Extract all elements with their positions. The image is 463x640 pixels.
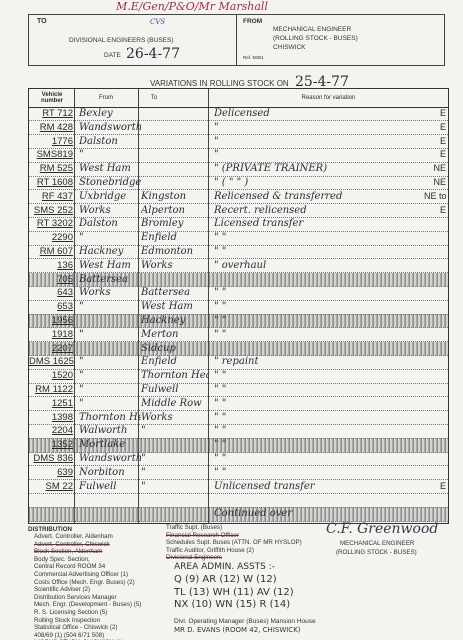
licence-code: [424, 300, 446, 313]
from-garage: West Ham: [79, 259, 141, 272]
licence-code: E: [424, 121, 446, 134]
to-garage: [141, 121, 209, 134]
from-line2: (ROLLING STOCK - BUSES): [273, 35, 358, 42]
reason-for-variation: " ": [214, 397, 424, 410]
licence-code: [424, 438, 446, 451]
licence-code: E: [424, 480, 446, 493]
reason-for-variation: " ": [214, 231, 424, 244]
table-row: 1398Thornton HeathWorks" ": [29, 411, 448, 425]
table-row: 1352Mortlake" ": [29, 438, 448, 452]
from-garage: ": [79, 148, 141, 161]
distribution-entry: Schedules Supt. Buses (ATTN. OF MR HYSLO…: [166, 539, 346, 547]
from-garage: ": [79, 231, 141, 244]
vehicle-number: 1956: [29, 314, 75, 327]
distribution-entry: Central Record ROOM 34: [34, 563, 164, 571]
table-row: 1251"Middle Row" ": [29, 397, 448, 411]
to-garage: Middle Row: [141, 397, 209, 410]
vehicle-number: SM 22: [29, 480, 75, 493]
vehicle-number: 653: [29, 300, 75, 313]
table-row: 643WorksBattersea" ": [29, 286, 448, 300]
distribution-entry: Advert. Controller, Chiswick: [34, 541, 164, 549]
vehicle-number: DMS 836: [29, 452, 75, 465]
table-row: 2207Sidcup: [29, 342, 448, 356]
reason-for-variation: " repaint: [214, 355, 424, 368]
licence-code: [424, 397, 446, 410]
distribution-entry: Financial Research Officer: [166, 532, 346, 540]
licence-code: [424, 231, 446, 244]
table-row: 2204Walworth"" ": [29, 424, 448, 438]
vehicle-number: 2204: [29, 424, 75, 437]
reason-for-variation: Recert. relicensed: [214, 204, 424, 217]
vehicle-number: 2290: [29, 231, 75, 244]
from-garage: Wandsworth: [79, 452, 141, 465]
table-row: RM 1122"Fulwell" ": [29, 383, 448, 397]
licence-code: E: [424, 148, 446, 161]
table-row: RM 525West Ham" (PRIVATE TRAINER)NE: [29, 162, 448, 176]
distribution-list-left: Advert. Controller, AldenhamAdvert. Cont…: [34, 533, 164, 640]
from-garage: West Ham: [79, 162, 141, 175]
vehicle-number: 136: [29, 259, 75, 272]
from-garage: Fulwell: [79, 480, 141, 493]
vehicle-number: RT 3202: [29, 217, 75, 230]
table-row: RM 428Wandsworth"E: [29, 121, 448, 135]
licence-code: [424, 286, 446, 299]
to-garage: Hackney: [141, 314, 209, 327]
vehicle-number: 1398: [29, 411, 75, 424]
footer-line-2: MR D. EVANS (ROOM 42, CHISWICK): [174, 627, 301, 635]
licence-code: [424, 507, 446, 520]
distribution-entry: Scientific Adviser (2): [34, 586, 164, 594]
to-garage: Works: [141, 259, 209, 272]
from-garage: ": [79, 328, 141, 341]
header-reason: Reason for variation: [209, 95, 448, 101]
distribution-entry: Rolling Stock Inspection: [34, 617, 164, 625]
licence-code: [424, 273, 446, 286]
reason-for-variation: " ": [214, 314, 424, 327]
distribution-entry: R. S. Licensing Section (5): [34, 609, 164, 617]
distribution-entry: Commercial Advertising Officer (1): [34, 571, 164, 579]
vehicle-number: RM 428: [29, 121, 75, 134]
area-admin-heading: AREA ADMIN. ASSTS :-: [174, 562, 275, 572]
signature-title-2: (ROLLING STOCK - BUSES): [336, 549, 417, 556]
from-garage: Works: [79, 286, 141, 299]
from-garage: Uxbridge: [79, 190, 141, 203]
reason-for-variation: " ": [214, 383, 424, 396]
reason-for-variation: " ( " " ): [214, 176, 424, 189]
licence-code: [424, 493, 446, 506]
from-garage: ": [79, 383, 141, 396]
from-garage: ": [79, 300, 141, 313]
distribution-list-right: Traffic Supt. (Buses)Financial Research …: [166, 524, 346, 562]
to-garage: Merton: [141, 328, 209, 341]
licence-code: NE: [424, 162, 446, 175]
vehicle-number: RM 607: [29, 245, 75, 258]
area-admin-line: NX (10) WN (15) R (14): [174, 599, 294, 612]
to-garage: Alperton: [141, 204, 209, 217]
to-garage: [141, 493, 209, 506]
reason-for-variation: Continued over: [214, 507, 424, 520]
from-garage: Stonebridge: [79, 176, 141, 189]
vehicle-number: 1352: [29, 438, 75, 451]
from-garage: Mortlake: [79, 438, 141, 451]
header-to: To: [139, 95, 169, 101]
vehicle-number: 643: [29, 286, 75, 299]
licence-code: E: [424, 135, 446, 148]
variations-table: Vehicle number From To Reason for variat…: [28, 88, 449, 524]
to-garage: Enfield: [141, 231, 209, 244]
table-row: 705Battersea: [29, 273, 448, 287]
licence-code: [424, 452, 446, 465]
table-row: SMS819""E: [29, 148, 448, 162]
to-garage: [141, 135, 209, 148]
reason-for-variation: " ": [214, 369, 424, 382]
licence-code: NE to E: [424, 190, 446, 203]
to-garage: Kingston: [141, 190, 209, 203]
vehicle-number: RT 712: [29, 107, 75, 120]
licence-code: [424, 466, 446, 479]
signature-title-1: MECHANICAL ENGINEER: [340, 540, 414, 547]
from-garage: ": [79, 397, 141, 410]
vehicle-number: 2207: [29, 342, 75, 355]
reason-for-variation: " ": [214, 411, 424, 424]
to-garage: West Ham: [141, 300, 209, 313]
table-row: SM 22Fulwell"Unlicensed transferE: [29, 480, 448, 494]
table-row: RT 1608Stonebridge" ( " " )NE: [29, 176, 448, 190]
to-garage: ": [141, 466, 209, 479]
licence-code: E: [424, 204, 446, 217]
from-garage: Battersea: [79, 273, 141, 286]
header-vehicle: Vehicle number: [31, 92, 73, 104]
table-header: Vehicle number From To Reason for variat…: [29, 89, 448, 108]
reason-for-variation: [214, 342, 424, 355]
table-row: RT 712BexleyDelicensedE: [29, 107, 448, 121]
distribution-entry: Divisional Engineers: [166, 554, 346, 562]
from-garage: [79, 507, 141, 520]
reason-for-variation: " ": [214, 245, 424, 258]
from-garage: Walworth: [79, 424, 141, 437]
reason-for-variation: " ": [214, 286, 424, 299]
licence-code: [424, 424, 446, 437]
licence-code: [424, 369, 446, 382]
licence-code: [424, 355, 446, 368]
reason-for-variation: " ": [214, 466, 424, 479]
reason-for-variation: ": [214, 135, 424, 148]
date-label: DATE: [104, 52, 121, 59]
vehicle-number: SMS 252: [29, 204, 75, 217]
reason-for-variation: " (PRIVATE TRAINER): [214, 162, 424, 175]
reason-for-variation: Relicensed & transferred: [214, 190, 424, 203]
reason-for-variation: Delicensed: [214, 107, 424, 120]
licence-code: [424, 259, 446, 272]
to-garage: Sidcup: [141, 342, 209, 355]
reason-for-variation: ": [214, 148, 424, 161]
table-row: RT 3202DalstonBromleyLicensed transfer: [29, 217, 448, 231]
to-garage: ": [141, 480, 209, 493]
area-admin-line: Q (9) AR (12) W (12): [174, 574, 294, 587]
recipient: DIVISIONAL ENGINEERS (BUSES): [69, 37, 174, 44]
to-garage: Thornton Heath: [141, 369, 209, 382]
vehicle-number: RM 525: [29, 162, 75, 175]
vehicle-number: [29, 493, 75, 506]
distribution-entry: Traffic Supt. (Buses): [166, 524, 346, 532]
to-label: TO: [37, 18, 47, 25]
reference-number: Ref. 508/1: [243, 55, 264, 60]
from-line3: CHISWICK: [273, 44, 306, 51]
to-garage: Bromley: [141, 217, 209, 230]
reason-for-variation: " ": [214, 328, 424, 341]
vehicle-number: RT 1608: [29, 176, 75, 189]
licence-code: [424, 314, 446, 327]
reason-for-variation: Licensed transfer: [214, 217, 424, 230]
from-garage: [79, 314, 141, 327]
licence-code: [424, 411, 446, 424]
reason-for-variation: ": [214, 121, 424, 134]
to-garage: [141, 162, 209, 175]
licence-code: [424, 328, 446, 341]
from-garage: [79, 493, 141, 506]
table-row: Continued over: [29, 507, 448, 521]
from-garage: ": [79, 369, 141, 382]
to-garage: Enfield: [141, 355, 209, 368]
vehicle-number: [29, 507, 75, 520]
signature: C.F. Greenwood: [326, 521, 438, 537]
reason-for-variation: " overhaul: [214, 259, 424, 272]
licence-code: [424, 383, 446, 396]
table-row: 1956Hackney" ": [29, 314, 448, 328]
to-garage: Works: [141, 411, 209, 424]
distribution-entry: Advert. Controller, Aldenham: [34, 533, 164, 541]
vehicle-number: 639: [29, 466, 75, 479]
to-garage: [141, 107, 209, 120]
to-garage: [141, 507, 209, 520]
licence-code: [424, 342, 446, 355]
distribution-entry: Costs Office (Mech. Engr. Buses) (2): [34, 579, 164, 587]
table-row: SMS 252WorksAlpertonRecert. relicensedE: [29, 204, 448, 218]
from-label: FROM: [243, 18, 262, 25]
table-row: 2290"Enfield" ": [29, 231, 448, 245]
vehicle-number: 1776: [29, 135, 75, 148]
to-garage: Battersea: [141, 286, 209, 299]
table-row: DMS 1625"Enfield" repaint: [29, 355, 448, 369]
header-from: From: [75, 95, 137, 101]
from-box: FROM MECHANICAL ENGINEER (ROLLING STOCK …: [236, 14, 445, 66]
distribution-entry: Block Section, Aldenham: [34, 548, 164, 556]
reason-for-variation: " ": [214, 452, 424, 465]
distribution-entry: Body Spec. Section,: [34, 556, 164, 564]
from-garage: Bexley: [79, 107, 141, 120]
table-row: RF 437UxbridgeKingstonRelicensed & trans…: [29, 190, 448, 204]
vehicle-number: 705: [29, 273, 75, 286]
to-garage: ": [141, 452, 209, 465]
to-garage: [141, 148, 209, 161]
reason-for-variation: [214, 493, 424, 506]
licence-code: E: [424, 107, 446, 120]
table-row: RM 607HackneyEdmonton" ": [29, 245, 448, 259]
to-garage: [141, 176, 209, 189]
from-garage: Works: [79, 204, 141, 217]
to-garage: [141, 273, 209, 286]
vehicle-number: DMS 1625: [29, 355, 75, 368]
distribution-entry: Traffic Auditor, Griffith House (2): [166, 547, 346, 555]
vehicle-number: RF 437: [29, 190, 75, 203]
reason-for-variation: " ": [214, 424, 424, 437]
vehicle-number: RM 1122: [29, 383, 75, 396]
table-row: 1776Dalston"E: [29, 135, 448, 149]
from-garage: Wandsworth: [79, 121, 141, 134]
from-garage: Hackney: [79, 245, 141, 258]
table-row: 639Norbiton"" ": [29, 466, 448, 480]
from-garage: Dalston: [79, 135, 141, 148]
vehicle-number: 1520: [29, 369, 75, 382]
reason-for-variation: " ": [214, 438, 424, 451]
to-garage: Edmonton: [141, 245, 209, 258]
reason-for-variation: [214, 273, 424, 286]
date-value: 26-4-77: [126, 46, 180, 62]
footer-line-1: Divl. Operating Manager (Buses) Mansion …: [174, 618, 316, 626]
distribution-entry: Distribution Services Manager: [34, 594, 164, 602]
table-row: 1918"Merton" ": [29, 328, 448, 342]
reason-for-variation: " ": [214, 300, 424, 313]
from-garage: ": [79, 355, 141, 368]
from-garage: Dalston: [79, 217, 141, 230]
to-garage: ": [141, 424, 209, 437]
from-garage: [79, 342, 141, 355]
table-row: DMS 836Wandsworth"" ": [29, 452, 448, 466]
title-text: VARIATIONS IN ROLLING STOCK ON: [150, 79, 289, 88]
licence-code: [424, 245, 446, 258]
distribution-entry: Mech. Engr. (Development - Buses) (5): [34, 601, 164, 609]
table-row: 1520"Thornton Heath" ": [29, 369, 448, 383]
vehicle-number: 1251: [29, 397, 75, 410]
reason-for-variation: Unlicensed transfer: [214, 480, 424, 493]
handwritten-routing-annotation: M.E/Gen/P&O/Mr Marshall: [116, 0, 268, 13]
distribution-entry: 408/69 (1) (504 6/71 508): [34, 632, 164, 640]
from-garage: Norbiton: [79, 466, 141, 479]
area-admin-list: Q (9) AR (12) W (12)TL (13) WH (11) AV (…: [174, 574, 294, 612]
licence-code: [424, 217, 446, 230]
area-admin-line: TL (13) WH (11) AV (12): [174, 587, 294, 600]
table-row: [29, 493, 448, 507]
from-garage: Thornton Heath: [79, 411, 141, 424]
vehicle-number: 1918: [29, 328, 75, 341]
vehicle-number: SMS819: [29, 148, 75, 161]
to-box: TO DIVISIONAL ENGINEERS (BUSES) DATE 26-…: [28, 14, 237, 66]
distribution-entry: Statistical Office - Chiswick (2): [34, 624, 164, 632]
to-garage: Fulwell: [141, 383, 209, 396]
table-row: 136West HamWorks" overhaul: [29, 259, 448, 273]
from-line1: MECHANICAL ENGINEER: [273, 26, 351, 33]
licence-code: NE: [424, 176, 446, 189]
table-row: 653"West Ham" ": [29, 300, 448, 314]
to-garage: [141, 438, 209, 451]
